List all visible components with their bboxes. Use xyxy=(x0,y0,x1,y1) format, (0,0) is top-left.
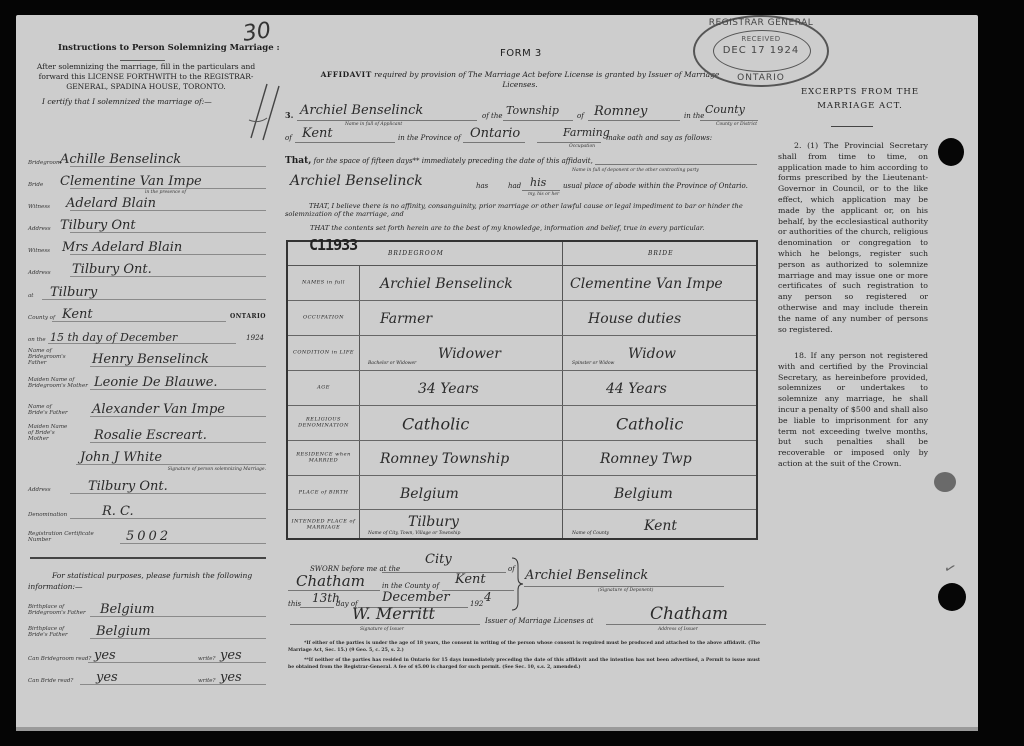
field-line xyxy=(295,142,395,143)
particulars-table: BRIDEGROOM BRIDE NAMES in full Archiel B… xyxy=(286,240,758,540)
in-the-label: in the xyxy=(684,112,704,120)
sworn-city: Chatham xyxy=(296,572,365,590)
field-value: John J White xyxy=(80,450,162,465)
instructions-title: Instructions to Person Solemnizing Marri… xyxy=(58,43,280,53)
field-sublabel: Signature of person solemnizing Marriage… xyxy=(168,467,266,472)
header-bride: BRIDE xyxy=(648,250,674,257)
field-witness-2: Witness Mrs Adelard Blain xyxy=(28,236,266,258)
field-value: yes xyxy=(94,648,116,663)
affidavit-word: AFFIDAVIT xyxy=(321,70,372,79)
field-label: Denomination xyxy=(28,512,67,518)
field-value: Alexander Van Impe xyxy=(92,402,225,417)
field-label: on the xyxy=(28,337,46,343)
province-label: ONTARIO xyxy=(230,313,266,320)
county-name: Kent xyxy=(302,126,333,141)
registrar-received-stamp: REGISTRAR GENERAL RECEIVED DEC 17 1924 O… xyxy=(693,15,829,87)
field-label: write? xyxy=(198,656,216,662)
oath-text: make oath and say as follows: xyxy=(606,134,712,142)
field-value: yes xyxy=(220,670,242,685)
bride-value: 44 Years xyxy=(606,381,667,397)
footnote-residence: **If neither of the parties has resided … xyxy=(288,657,760,671)
field-label: at xyxy=(28,293,34,299)
sworn-month: December xyxy=(382,590,450,605)
field-label: Can Bride read? xyxy=(28,678,73,684)
field-label: Can Bridegroom read? xyxy=(28,656,91,662)
contents-text: THAT the contents set forth herein are t… xyxy=(310,224,704,232)
issuer-address: Chatham xyxy=(650,604,728,624)
field-denomination: Denomination R. C. xyxy=(28,500,266,522)
of-the-label: of the xyxy=(482,112,503,120)
field-line xyxy=(595,164,757,165)
bride-value: Romney Twp xyxy=(600,451,692,467)
county-sublabel: County or District xyxy=(716,122,757,127)
paper-edge xyxy=(16,727,978,731)
field-label: Name of Bridegroom's Father xyxy=(28,348,84,366)
field-value: Henry Benselinck xyxy=(92,352,209,367)
affidavit-heading: AFFIDAVIT required by provision of The M… xyxy=(320,70,720,90)
field-bride-father-birthplace: Birthplace of Bride's Father Belgium xyxy=(28,620,266,642)
municipality-type: Township xyxy=(506,104,559,117)
pronoun-value: his xyxy=(530,176,546,189)
field-label: Address xyxy=(28,226,51,232)
groom-value: Catholic xyxy=(402,414,469,433)
table-row-occupation: OCCUPATION Farmer House duties xyxy=(288,301,756,336)
excerpt-section-18: 18. If any person not registered with an… xyxy=(778,351,928,470)
province-label: in the Province of xyxy=(398,134,461,142)
field-line xyxy=(297,120,477,121)
section-divider xyxy=(30,557,266,559)
groom-value: Belgium xyxy=(400,485,459,501)
field-value: Leonie De Blauwe. xyxy=(94,375,218,390)
field-label: County of xyxy=(28,315,55,321)
field-label: Name of Bride's Father xyxy=(28,404,68,416)
header-bridegroom: BRIDEGROOM xyxy=(388,250,444,257)
form-title: FORM 3 xyxy=(500,48,542,59)
field-address-1: Address Tilbury Ont xyxy=(28,214,266,236)
belief-text: THAT, I believe there is no affinity, co… xyxy=(285,202,759,218)
punch-hole xyxy=(938,138,964,166)
field-bride-father: Name of Bride's Father Alexander Van Imp… xyxy=(28,398,266,420)
groom-value: 34 Years xyxy=(418,381,479,397)
deponent-sig-sublabel: (Signature of Deponent) xyxy=(598,588,653,593)
field-line xyxy=(382,572,506,573)
field-value: Tilbury Ont xyxy=(60,218,136,233)
field-date: on the 15 th day of December 1924 xyxy=(28,325,266,347)
field-witness-1: Witness Adelard Blain xyxy=(28,192,266,214)
issuer-address-sublabel: Address of Issuer xyxy=(658,627,698,632)
has-word: has xyxy=(476,182,488,190)
groom-sublabel: Name of City, Town, Village or Township xyxy=(368,531,460,536)
that-word: That, xyxy=(285,156,311,166)
field-groom-mother: Maiden Name of Bridegroom's Mother Leoni… xyxy=(28,371,266,393)
field-value: Belgium xyxy=(96,624,151,639)
applicant-sublabel: Name in full of Applicant xyxy=(345,122,402,127)
row-label: RELIGIOUS DENOMINATION xyxy=(288,418,359,429)
of-label: of xyxy=(577,112,584,120)
field-value: 15 th day of December xyxy=(50,331,177,344)
field-value: Mrs Adelard Blain xyxy=(62,240,182,255)
footnotes: *If either of the parties is under the a… xyxy=(288,640,760,674)
table-row-birthplace: PLACE of BIRTH Belgium Belgium xyxy=(288,476,756,510)
that-text: for the space of fifteen days** immediat… xyxy=(314,157,593,165)
footnote-age: *If either of the parties is under the a… xyxy=(288,640,760,654)
deponent-signature: Archiel Benselinck xyxy=(525,568,648,583)
table-header: BRIDEGROOM BRIDE xyxy=(288,242,756,266)
field-label: Witness xyxy=(28,248,50,254)
field-value: R. C. xyxy=(102,504,134,519)
groom-sublabel: Bachelor or Widower xyxy=(368,361,416,366)
county-word: County xyxy=(705,103,745,116)
certify-statement: I certify that I solemnized the marriage… xyxy=(42,97,212,106)
occupation-sublabel: Occupation xyxy=(569,144,595,149)
field-value: Belgium xyxy=(100,602,155,617)
field-line xyxy=(588,120,680,121)
field-label: Birthplace of Bridegroom's Father xyxy=(28,604,88,616)
stamp-date: DEC 17 1924 xyxy=(695,45,827,56)
field-value: yes xyxy=(96,670,118,685)
issuer-text: Issuer of Marriage Licenses at xyxy=(485,617,594,625)
field-label: Birthplace of Bride's Father xyxy=(28,626,68,638)
province-name: Ontario xyxy=(470,126,520,141)
bride-value: Clementine Van Impe xyxy=(570,276,723,292)
applicant-name: Archiel Benselinck xyxy=(300,103,423,118)
year-value: 1924 xyxy=(246,334,264,342)
groom-value: Archiel Benselinck xyxy=(380,276,513,292)
table-row-names: NAMES in full Archiel Benselinck Clement… xyxy=(288,266,756,301)
field-line xyxy=(606,624,766,625)
bride-value: Widow xyxy=(628,346,676,362)
brace xyxy=(510,556,524,612)
excerpts-title-line1: EXCERPTS FROM THE xyxy=(780,85,940,99)
excerpts-title: EXCERPTS FROM THE MARRIAGE ACT. xyxy=(780,85,940,113)
table-row-residence: RESIDENCE when MARRIED Romney Township R… xyxy=(288,441,756,476)
field-line xyxy=(70,518,266,519)
field-value: Tilbury Ont. xyxy=(72,262,152,277)
field-value: 5002 xyxy=(126,529,171,544)
stamp-top-text: REGISTRAR GENERAL xyxy=(695,18,827,28)
instructions-body: After solemnizing the marriage, fill in … xyxy=(26,62,266,92)
field-address-2: Address Tilbury Ont. xyxy=(28,258,266,280)
abode-text: usual place of abode within the Province… xyxy=(563,182,748,190)
deponent-sublabel: Name in full of deponent or the other co… xyxy=(572,168,699,173)
stamp-received: RECEIVED xyxy=(695,35,827,43)
field-at: at Tilbury xyxy=(28,281,266,303)
field-bride-literacy: Can Bride read? yes write? yes xyxy=(28,666,266,688)
divider xyxy=(120,60,165,61)
affidavit-heading-rest: required by provision of The Marriage Ac… xyxy=(374,70,719,89)
row-label: INTENDED PLACE of MARRIAGE xyxy=(288,520,359,531)
groom-value: Farmer xyxy=(380,311,432,327)
year-suffix: 4 xyxy=(484,590,492,604)
that-clause: That, for the space of fifteen days** im… xyxy=(285,156,593,166)
punch-hole xyxy=(938,583,966,611)
table-row-intended-place: INTENDED PLACE of MARRIAGE Tilbury Name … xyxy=(288,510,756,540)
divider xyxy=(831,126,873,127)
row-label: OCCUPATION xyxy=(288,315,359,321)
field-label: Maiden Name of Bride's Mother xyxy=(28,424,72,442)
bride-value: Catholic xyxy=(616,414,683,433)
groom-value: Widower xyxy=(438,346,501,362)
stamp-bottom-text: ONTARIO xyxy=(695,73,827,83)
sworn-county: Kent xyxy=(455,572,486,587)
field-line xyxy=(442,590,514,591)
field-line xyxy=(537,142,601,143)
row-label: PLACE of BIRTH xyxy=(288,490,359,496)
field-value: Kent xyxy=(62,307,93,322)
year-prefix: 192 xyxy=(470,600,483,608)
groom-value: Romney Township xyxy=(380,451,509,467)
field-groom-father: Name of Bridegroom's Father Henry Bensel… xyxy=(28,348,266,370)
field-line xyxy=(290,624,480,625)
field-bridegroom: Bridegroom Achille Benselinck xyxy=(28,148,266,170)
issuer-sig-sublabel: Signature of Issuer xyxy=(360,627,404,632)
row-label: CONDITION in LIFE xyxy=(288,350,359,356)
field-groom-literacy: Can Bridegroom read? yes write? yes xyxy=(28,644,266,666)
field-value: Tilbury xyxy=(50,285,97,300)
table-row-age: AGE 34 Years 44 Years xyxy=(288,371,756,406)
field-line xyxy=(300,607,334,608)
occupation-value: Farming xyxy=(563,126,610,139)
bride-value: Belgium xyxy=(614,485,673,501)
field-value: Adelard Blain xyxy=(66,196,156,211)
field-registration-number: Registration Certificate Number 5002 xyxy=(28,525,266,547)
field-bride-mother: Maiden Name of Bride's Mother Rosalie Es… xyxy=(28,424,266,446)
bride-sublabel: Name of County xyxy=(572,531,609,536)
certificate-number: C11933 xyxy=(309,236,357,254)
field-label: Maiden Name of Bridegroom's Mother xyxy=(28,377,90,389)
table-row-condition: CONDITION in LIFE Bachelor or Widower Wi… xyxy=(288,336,756,371)
field-officiant-signature: John J White Signature of person solemni… xyxy=(28,446,266,468)
field-line xyxy=(522,190,560,191)
statistical-intro: For statistical purposes, please furnish… xyxy=(28,570,266,592)
excerpt-section-2: 2. (1) The Provincial Secretary shall fr… xyxy=(778,141,928,335)
field-label: Witness xyxy=(28,204,50,210)
row-label: RESIDENCE when MARRIED xyxy=(288,453,359,464)
county-label: in the County of xyxy=(382,582,439,590)
issuer-signature: W. Merritt xyxy=(352,604,435,623)
field-line xyxy=(503,120,573,121)
field-value: yes xyxy=(220,648,242,663)
row-label: NAMES in full xyxy=(288,280,359,286)
of-label: of xyxy=(285,134,292,142)
row-label: AGE xyxy=(288,385,359,391)
punch-hole xyxy=(934,472,956,492)
table-row-religion: RELIGIOUS DENOMINATION Catholic Catholic xyxy=(288,406,756,441)
field-line xyxy=(463,142,525,143)
field-label: Registration Certificate Number xyxy=(28,531,118,543)
field-value: Tilbury Ont. xyxy=(88,479,168,494)
field-bride: Bride Clementine Van Impe in the presenc… xyxy=(28,170,266,192)
field-label: write? xyxy=(198,678,216,684)
field-county: County of Kent ONTARIO xyxy=(28,303,266,325)
field-groom-father-birthplace: Birthplace of Bridegroom's Father Belgiu… xyxy=(28,598,266,620)
field-label: Bride xyxy=(28,182,43,188)
field-value: Achille Benselinck xyxy=(60,152,181,167)
bride-value: Kent xyxy=(644,518,677,534)
field-value: Rosalie Escreart. xyxy=(94,428,207,443)
field-line xyxy=(700,120,758,121)
field-value: Clementine Van Impe xyxy=(60,174,202,189)
pronoun-sublabel: my, his or her xyxy=(528,192,559,197)
place-type: City xyxy=(425,552,452,567)
bride-value: House duties xyxy=(588,311,681,327)
bride-sublabel: Spinster or Widow xyxy=(572,361,614,366)
deponent-name: Archiel Benselinck xyxy=(290,173,423,189)
had-word: had xyxy=(508,182,521,190)
clause-number: 3. xyxy=(285,110,293,120)
excerpts-title-line2: MARRIAGE ACT. xyxy=(780,99,940,113)
field-label: Bridegroom xyxy=(28,160,61,166)
field-officiant-address: Address Tilbury Ont. xyxy=(28,475,266,497)
field-label: Address xyxy=(28,270,51,276)
field-label: Address xyxy=(28,487,51,493)
field-line xyxy=(524,586,724,587)
municipality-name: Romney xyxy=(594,104,647,119)
groom-value: Tilbury xyxy=(408,514,459,530)
